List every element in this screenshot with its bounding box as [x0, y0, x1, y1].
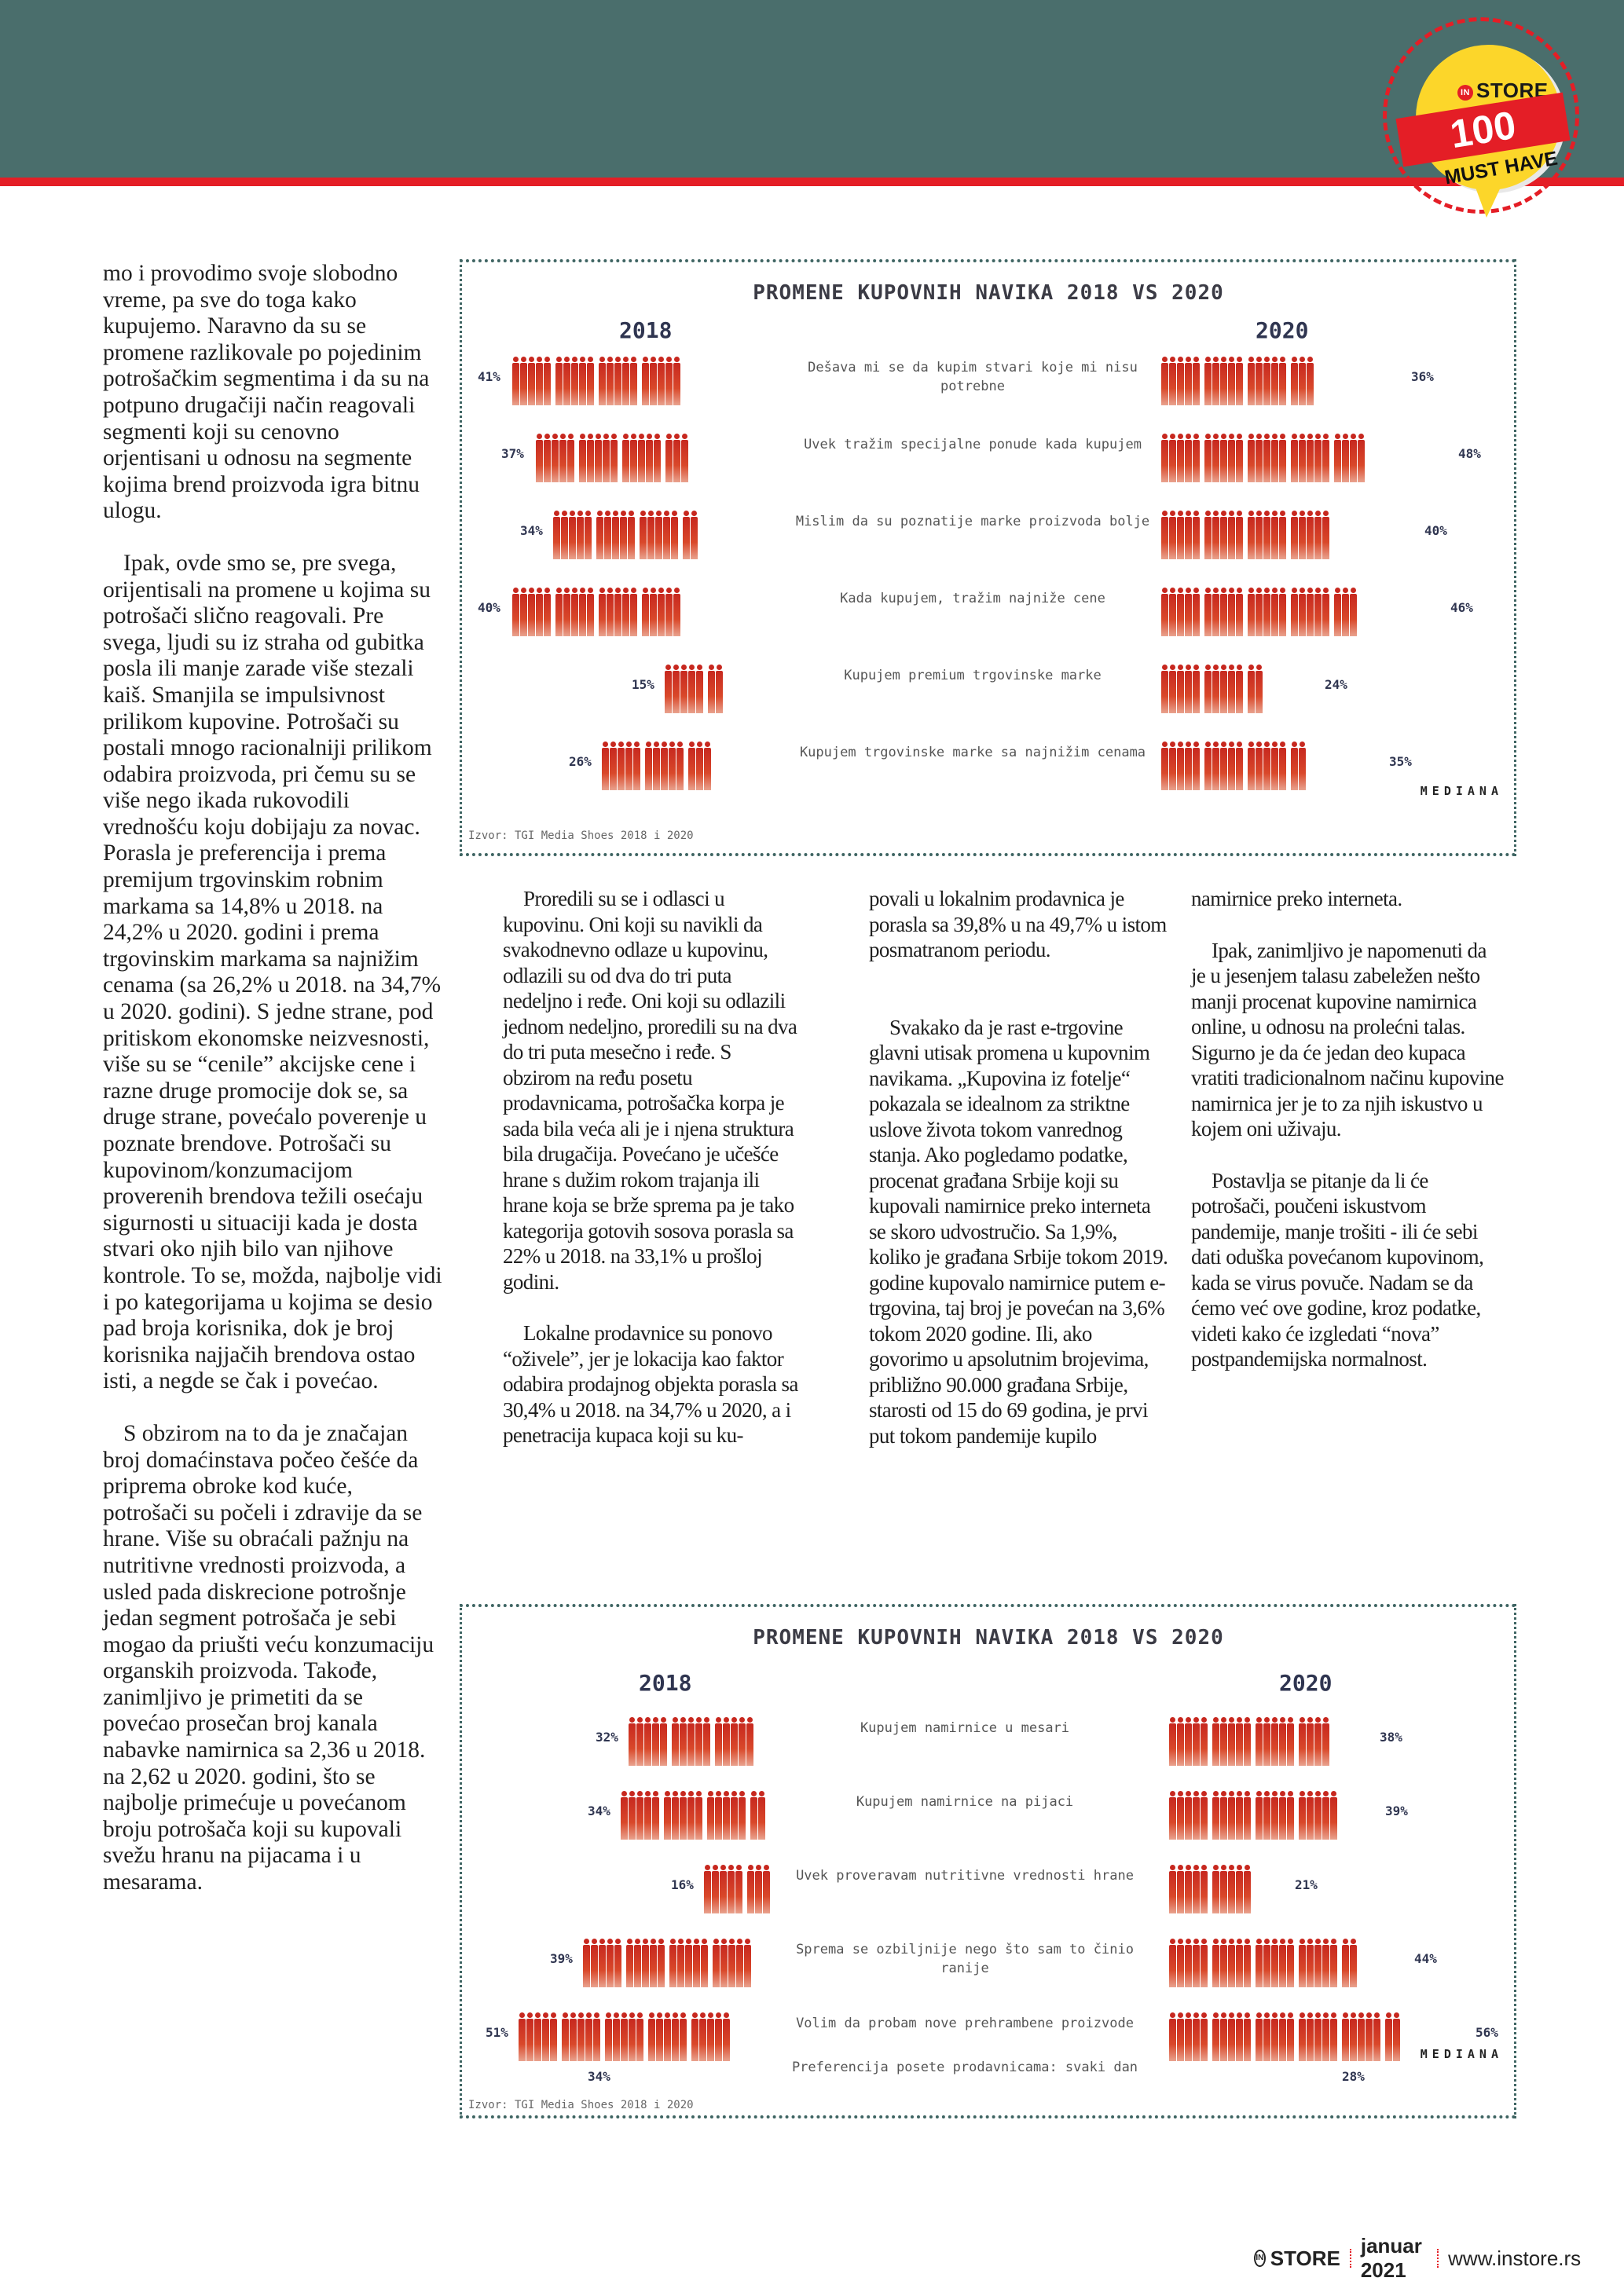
article-column-c: namirnice preko interneta. Ipak, zanimlj… [1191, 886, 1505, 1372]
people-icons-2020 [1169, 2012, 1400, 2064]
in-logo-icon: IN [1457, 85, 1473, 101]
year-label-2018: 2018 [639, 1670, 691, 1696]
paragraph: Proredili su se i odlasci u kupovinu. On… [503, 886, 801, 1294]
infographic-row: 34% Mislim da su poznatije marke proizvo… [462, 511, 1519, 566]
people-icons-2018 [512, 588, 680, 639]
infographic-source: Izvor: TGI Media Shoes 2018 i 2020 [468, 829, 694, 842]
page-footer: IN STORE januar 2021 www.instore.rs 119 [1254, 2243, 1624, 2274]
badge-number: 100 [1447, 102, 1519, 157]
people-icons-2020 [1169, 1939, 1357, 1990]
infographic-row: 16% Uvek proveravam nutritivne vrednosti… [462, 1865, 1519, 1920]
people-icons-2018 [583, 1939, 751, 1990]
row-label: Kupujem namirnice na pijaci [776, 1792, 1153, 1811]
value-2018: 15% [632, 677, 654, 692]
value-2018: 39% [550, 1951, 573, 1966]
people-icons-2018 [536, 434, 688, 485]
value-2020: 48% [1458, 446, 1481, 461]
value-2020: 40% [1424, 523, 1447, 538]
value-2018: 41% [478, 369, 500, 384]
row-label: Uvek tražim specijalne ponude kada kupuj… [784, 435, 1161, 454]
value-2020: 35% [1389, 754, 1412, 769]
article-column-left: mo i provodimo svoje slobodno vreme, pa … [103, 261, 442, 1896]
value-2018: 16% [671, 1877, 694, 1892]
year-label-2020: 2020 [1279, 1670, 1332, 1696]
infographic-row: 15% Kupujem premium trgovinske marke 24% [462, 665, 1519, 720]
article-column-a: Proredili su se i odlasci u kupovinu. On… [503, 886, 801, 1448]
infographic-row: 37% Uvek tražim specijalne ponude kada k… [462, 434, 1519, 489]
mediana-logo: MEDIANA [1421, 784, 1503, 798]
row-label: Kupujem trgovinske marke sa najnižim cen… [784, 743, 1161, 762]
divider [1437, 2249, 1439, 2268]
infographic-shopping-habits-1: PROMENE KUPOVNIH NAVIKA 2018 VS 2020 201… [460, 259, 1516, 856]
people-icons-2018 [519, 2012, 730, 2064]
value-2018: 51% [486, 2025, 508, 2040]
row-label: Kupujem premium trgovinske marke [784, 666, 1161, 685]
people-icons-2018 [602, 742, 711, 793]
row-label: Mislim da su poznatije marke proizvoda b… [784, 512, 1161, 531]
issue-date: januar 2021 [1361, 2234, 1428, 2283]
row-label: Preferencija posete prodavnicama: svaki … [776, 2058, 1153, 2077]
people-icons-2020 [1161, 665, 1263, 716]
infographic-row: 34% Kupujem namirnice na pijaci 39% [462, 1791, 1519, 1846]
value-2020: 44% [1414, 1951, 1437, 1966]
value-2018: 34% [588, 2069, 610, 2084]
people-icons-2020 [1161, 588, 1357, 639]
value-2018: 32% [596, 1730, 618, 1745]
value-2020: 36% [1411, 369, 1434, 384]
people-icons-2020 [1169, 1791, 1337, 1843]
infographic-title: PROMENE KUPOVNIH NAVIKA 2018 VS 2020 [698, 281, 1279, 305]
magazine-name: STORE [1270, 2247, 1340, 2271]
in-logo-icon: IN [1254, 2250, 1266, 2267]
people-icons-2020 [1169, 1717, 1329, 1769]
people-icons-2018 [512, 357, 680, 408]
value-2020: 56% [1476, 2025, 1498, 2040]
people-icons-2020 [1161, 511, 1329, 562]
divider [1350, 2249, 1351, 2268]
article-column-b: povali u lokalnim prodavnica je porasla … [869, 886, 1171, 1448]
infographic-row: 40% Kada kupujem, tražim najniže cene 46… [462, 588, 1519, 643]
paragraph: povali u lokalnim prodavnica je porasla … [869, 886, 1171, 963]
value-2018: 40% [478, 600, 500, 615]
people-icons-2020 [1161, 434, 1365, 485]
infographic-row: 39% Sprema se ozbiljnije nego što sam to… [462, 1939, 1519, 1994]
year-label-2018: 2018 [619, 317, 672, 343]
instore-100-must-have-badge: INSTORE 100 MUST HAVE [1383, 17, 1587, 214]
people-icons-2018 [621, 1791, 765, 1843]
year-label-2020: 2020 [1256, 317, 1308, 343]
paragraph: mo i provodimo svoje slobodno vreme, pa … [103, 261, 442, 525]
people-icons-2020 [1161, 742, 1306, 793]
row-label: Sprema se ozbiljnije nego što sam to čin… [776, 1940, 1153, 1978]
value-2018: 26% [569, 754, 592, 769]
value-2020: 39% [1385, 1803, 1408, 1818]
infographic-row: 41% Dešava mi se da kupim stvari koje mi… [462, 357, 1519, 412]
infographic-shopping-habits-2: PROMENE KUPOVNIH NAVIKA 2018 VS 2020 201… [460, 1604, 1516, 2118]
header-band [0, 0, 1624, 178]
paragraph: Ipak, zanimljivo je napomenuti da je u j… [1191, 938, 1505, 1142]
people-icons-2018 [665, 665, 723, 716]
infographic-row: 26% Kupujem trgovinske marke sa najnižim… [462, 742, 1519, 796]
row-label: Dešava mi se da kupim stvari koje mi nis… [784, 358, 1161, 396]
value-2018: 34% [520, 523, 543, 538]
infographic-title: PROMENE KUPOVNIH NAVIKA 2018 VS 2020 [698, 1626, 1279, 1650]
value-2020: 46% [1450, 600, 1473, 615]
infographic-row: 32% Kupujem namirnice u mesari 38% [462, 1717, 1519, 1772]
header-stripe [0, 178, 1624, 186]
website-link[interactable]: www.instore.rs [1448, 2247, 1581, 2271]
row-label: Kada kupujem, tražim najniže cene [784, 589, 1161, 608]
people-icons-2018 [629, 1717, 753, 1769]
infographic-source: Izvor: TGI Media Shoes 2018 i 2020 [468, 2099, 694, 2111]
value-2020: 21% [1295, 1877, 1318, 1892]
value-2018: 34% [588, 1803, 610, 1818]
people-icons-2020 [1161, 357, 1314, 408]
paragraph: Svakako da je rast e-trgovine glavni uti… [869, 1015, 1171, 1449]
row-label: Kupujem namirnice u mesari [776, 1719, 1153, 1738]
people-icons-2018 [704, 1865, 770, 1917]
value-2020: 24% [1325, 677, 1347, 692]
value-2020: 38% [1380, 1730, 1402, 1745]
people-icons-2020 [1169, 1865, 1251, 1917]
paragraph: Ipak, ovde smo se, pre svega, orijentisa… [103, 551, 442, 1395]
paragraph: S obzirom na to da je značajan broj doma… [103, 1421, 442, 1896]
value-2020: 28% [1342, 2069, 1365, 2084]
paragraph: Lokalne prodavnice su ponovo “oživele”, … [503, 1320, 801, 1448]
people-icons-2018 [553, 511, 698, 562]
value-2018: 37% [501, 446, 524, 461]
paragraph: namirnice preko interneta. [1191, 886, 1505, 912]
mediana-logo: MEDIANA [1421, 2047, 1503, 2061]
paragraph: Postavlja se pitanje da li će potrošači,… [1191, 1168, 1505, 1372]
row-label: Volim da probam nove prehrambene proizvo… [776, 2014, 1153, 2033]
row-label: Uvek proveravam nutritivne vrednosti hra… [776, 1866, 1153, 1885]
